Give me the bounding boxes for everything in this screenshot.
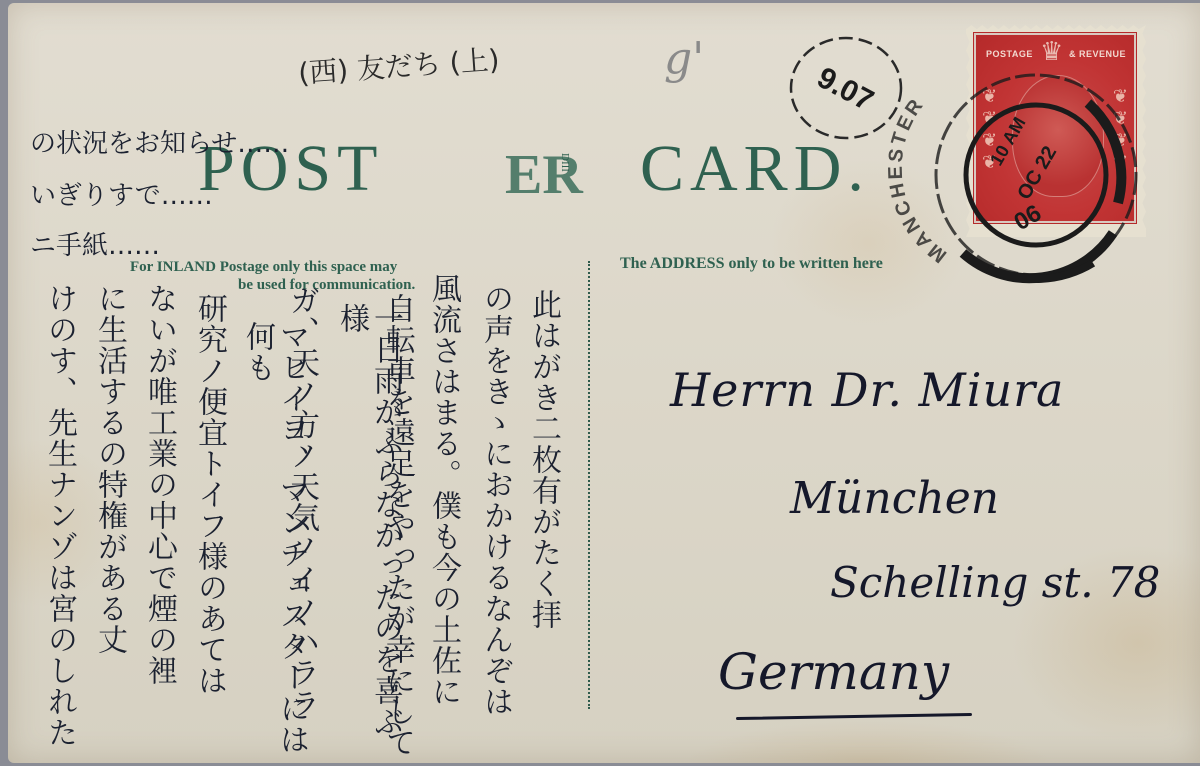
message-column: けのす、先生ナンゾは宮のしれた [42,283,76,748]
recipient-city: München [790,473,999,524]
inland-note-line1: For INLAND Postage only this space may [130,259,397,276]
recipient-street: Schelling st. 78 [830,558,1160,607]
cancellation-postmark: MANCHESTER 10 AM OC 22 06 [908,63,1128,293]
message-column: 此はがき二枚有がたく拝 [526,289,560,630]
message-top-line: いぎりすで…… [30,175,213,212]
receiving-postmark: 9.07 [784,33,914,143]
dotted-divider [588,261,590,709]
royal-cypher-monogram: ER [505,143,583,207]
message-column: ないが唯工業の中心で煙の裡 [142,283,176,686]
postmark-year: 06 [1010,199,1047,236]
address-note: The ADDRESS only to be written here [620,255,883,273]
message-top-line: ニ手紙…… [30,225,160,262]
message-column: の声をきゝにおかけるなんぞは [478,283,512,717]
header-note: (西) 友だち (上) [297,38,501,92]
stamp-label-postage: POSTAGE [986,49,1033,59]
recipient-country: Germany [718,643,949,701]
postcard: POST ER DIII CARD. For INLAND Postage on… [8,3,1200,763]
message-column: 研究ノ便宜トイフ様のあては [192,293,226,696]
message-column: マヒイヨ、マンチェスターには何も [240,321,308,763]
message-column: に生活するの特権がある丈 [92,283,126,655]
message-column: 風流さはまる。僕も今の土佐に [426,273,460,707]
inland-note-line2: be used for communication. [238,277,415,294]
postmark-date: OC 22 [1013,142,1061,203]
recipient-name: Herrn Dr. Miura [670,363,1064,417]
pencil-mark: g' [664,33,704,84]
country-underline [736,713,972,720]
message-top-line: の状況をお知らせ…… [30,123,289,160]
royal-cypher-numeral: DIII [559,153,570,172]
stamp-label-revenue: & REVENUE [1069,49,1126,59]
receiving-mark-text: 9.07 [812,61,879,118]
message-column: 一日雨がふらなかったのを喜ぶ様 [334,303,402,763]
